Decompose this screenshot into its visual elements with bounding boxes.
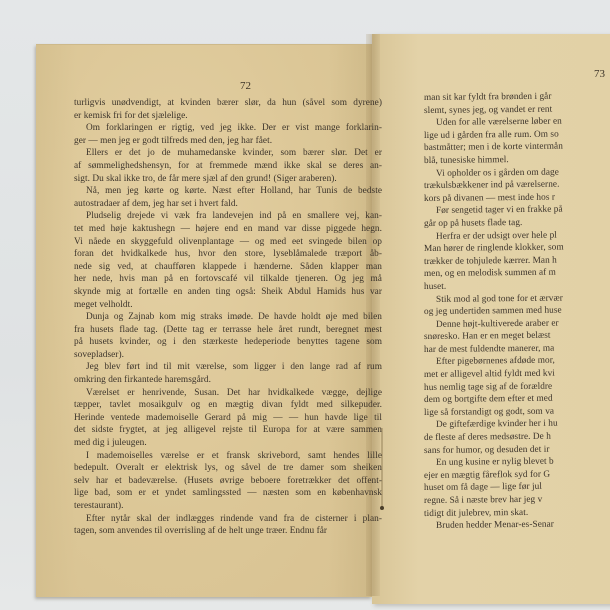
text-line: bedepult. Overalt er elektrisk lys, og s… bbox=[74, 462, 382, 475]
text-line: her nede, hvis man på en fortovscafé vil… bbox=[74, 273, 382, 286]
text-line: nede sig ved, at chaufføren klappede i h… bbox=[74, 261, 382, 274]
text-line: det sidste frygtet, at jeg alligevel rej… bbox=[74, 424, 382, 437]
text-line: Værelset er henrivende, Susan. Det har h… bbox=[74, 387, 382, 400]
text-line: på husets kvinder, og i den stærkeste he… bbox=[74, 336, 382, 349]
text-line: terestaurant). bbox=[74, 500, 382, 513]
text-line: fra husets flade tag. (Dette tag er terr… bbox=[74, 324, 382, 337]
text-line: autostradaer af dem, jeg har set i hvert… bbox=[74, 198, 382, 211]
text-line: Efter nytår skal der indlægges rindende … bbox=[74, 513, 382, 526]
text-line: tet med høje kaktushegn — højere end en … bbox=[74, 223, 382, 236]
text-line: Pludselig drejede vi væk fra landevejen … bbox=[74, 210, 382, 223]
text-line: Om forklaringen er rigtig, ved jeg ikke.… bbox=[74, 122, 382, 135]
text-line: Ellers er det jo de muhamedanske kvinder… bbox=[74, 147, 382, 160]
text-line: er kemisk fri for det sjælelige. bbox=[74, 110, 382, 123]
right-page-text: man sit kar fyldt fra brønden i gårslemt… bbox=[424, 92, 610, 533]
text-line: Dunja og Zajnab kom mig straks imøde. De… bbox=[74, 311, 382, 324]
text-line: I mademoiselles værelse er et fransk skr… bbox=[74, 450, 382, 463]
text-line: omkring den firkantede haremsgård. bbox=[74, 374, 382, 387]
text-line: Jeg blev ført ind til mit værelse, som l… bbox=[74, 361, 382, 374]
text-line: Herinde ventede mademoiselle Gerard på m… bbox=[74, 412, 382, 425]
text-line: sovepladser). bbox=[74, 349, 382, 362]
text-line: turligvis unødvendigt, at kvinden bærer … bbox=[74, 97, 382, 110]
text-line: skynde mig at fortælle en anden ting ogs… bbox=[74, 286, 382, 299]
text-line: foran det hvidkalkede hus, hvor den stor… bbox=[74, 248, 382, 261]
text-line: huset. bbox=[424, 279, 610, 294]
text-line: Bruden hedder Menar-es-Senar bbox=[424, 518, 610, 533]
text-line: går op på husets flade tag. bbox=[424, 216, 610, 231]
text-line: tagen, som anvendes til overrisling af d… bbox=[74, 525, 382, 538]
text-line: selv har et badeværelse. (Husets øvrige … bbox=[74, 475, 382, 488]
page-number-right: 73 bbox=[594, 68, 605, 80]
text-line: Nå, men jeg kørte og kørte. Næst efter H… bbox=[74, 185, 382, 198]
text-line: med dig i juleugen. bbox=[74, 437, 382, 450]
text-line: tæpper, tavlet mosaikgulv og en mægtig d… bbox=[74, 399, 382, 412]
text-line: meget velholdt. bbox=[74, 299, 382, 312]
text-line: lige bad, som er et yndet samlingssted —… bbox=[74, 487, 382, 500]
text-line: ger — men jeg er godt tilfreds med den, … bbox=[74, 135, 382, 148]
text-line: Vi nåede en skyggefuld olivenplantage — … bbox=[74, 236, 382, 249]
text-line: af sømmelighedshensyn, for at fremmede m… bbox=[74, 160, 382, 173]
left-page-text: turligvis unødvendigt, at kvinden bærer … bbox=[74, 97, 382, 538]
page-number-left: 72 bbox=[240, 80, 251, 92]
text-line: sigt. Du skal ikke tro, de får mere sjæl… bbox=[74, 173, 382, 186]
